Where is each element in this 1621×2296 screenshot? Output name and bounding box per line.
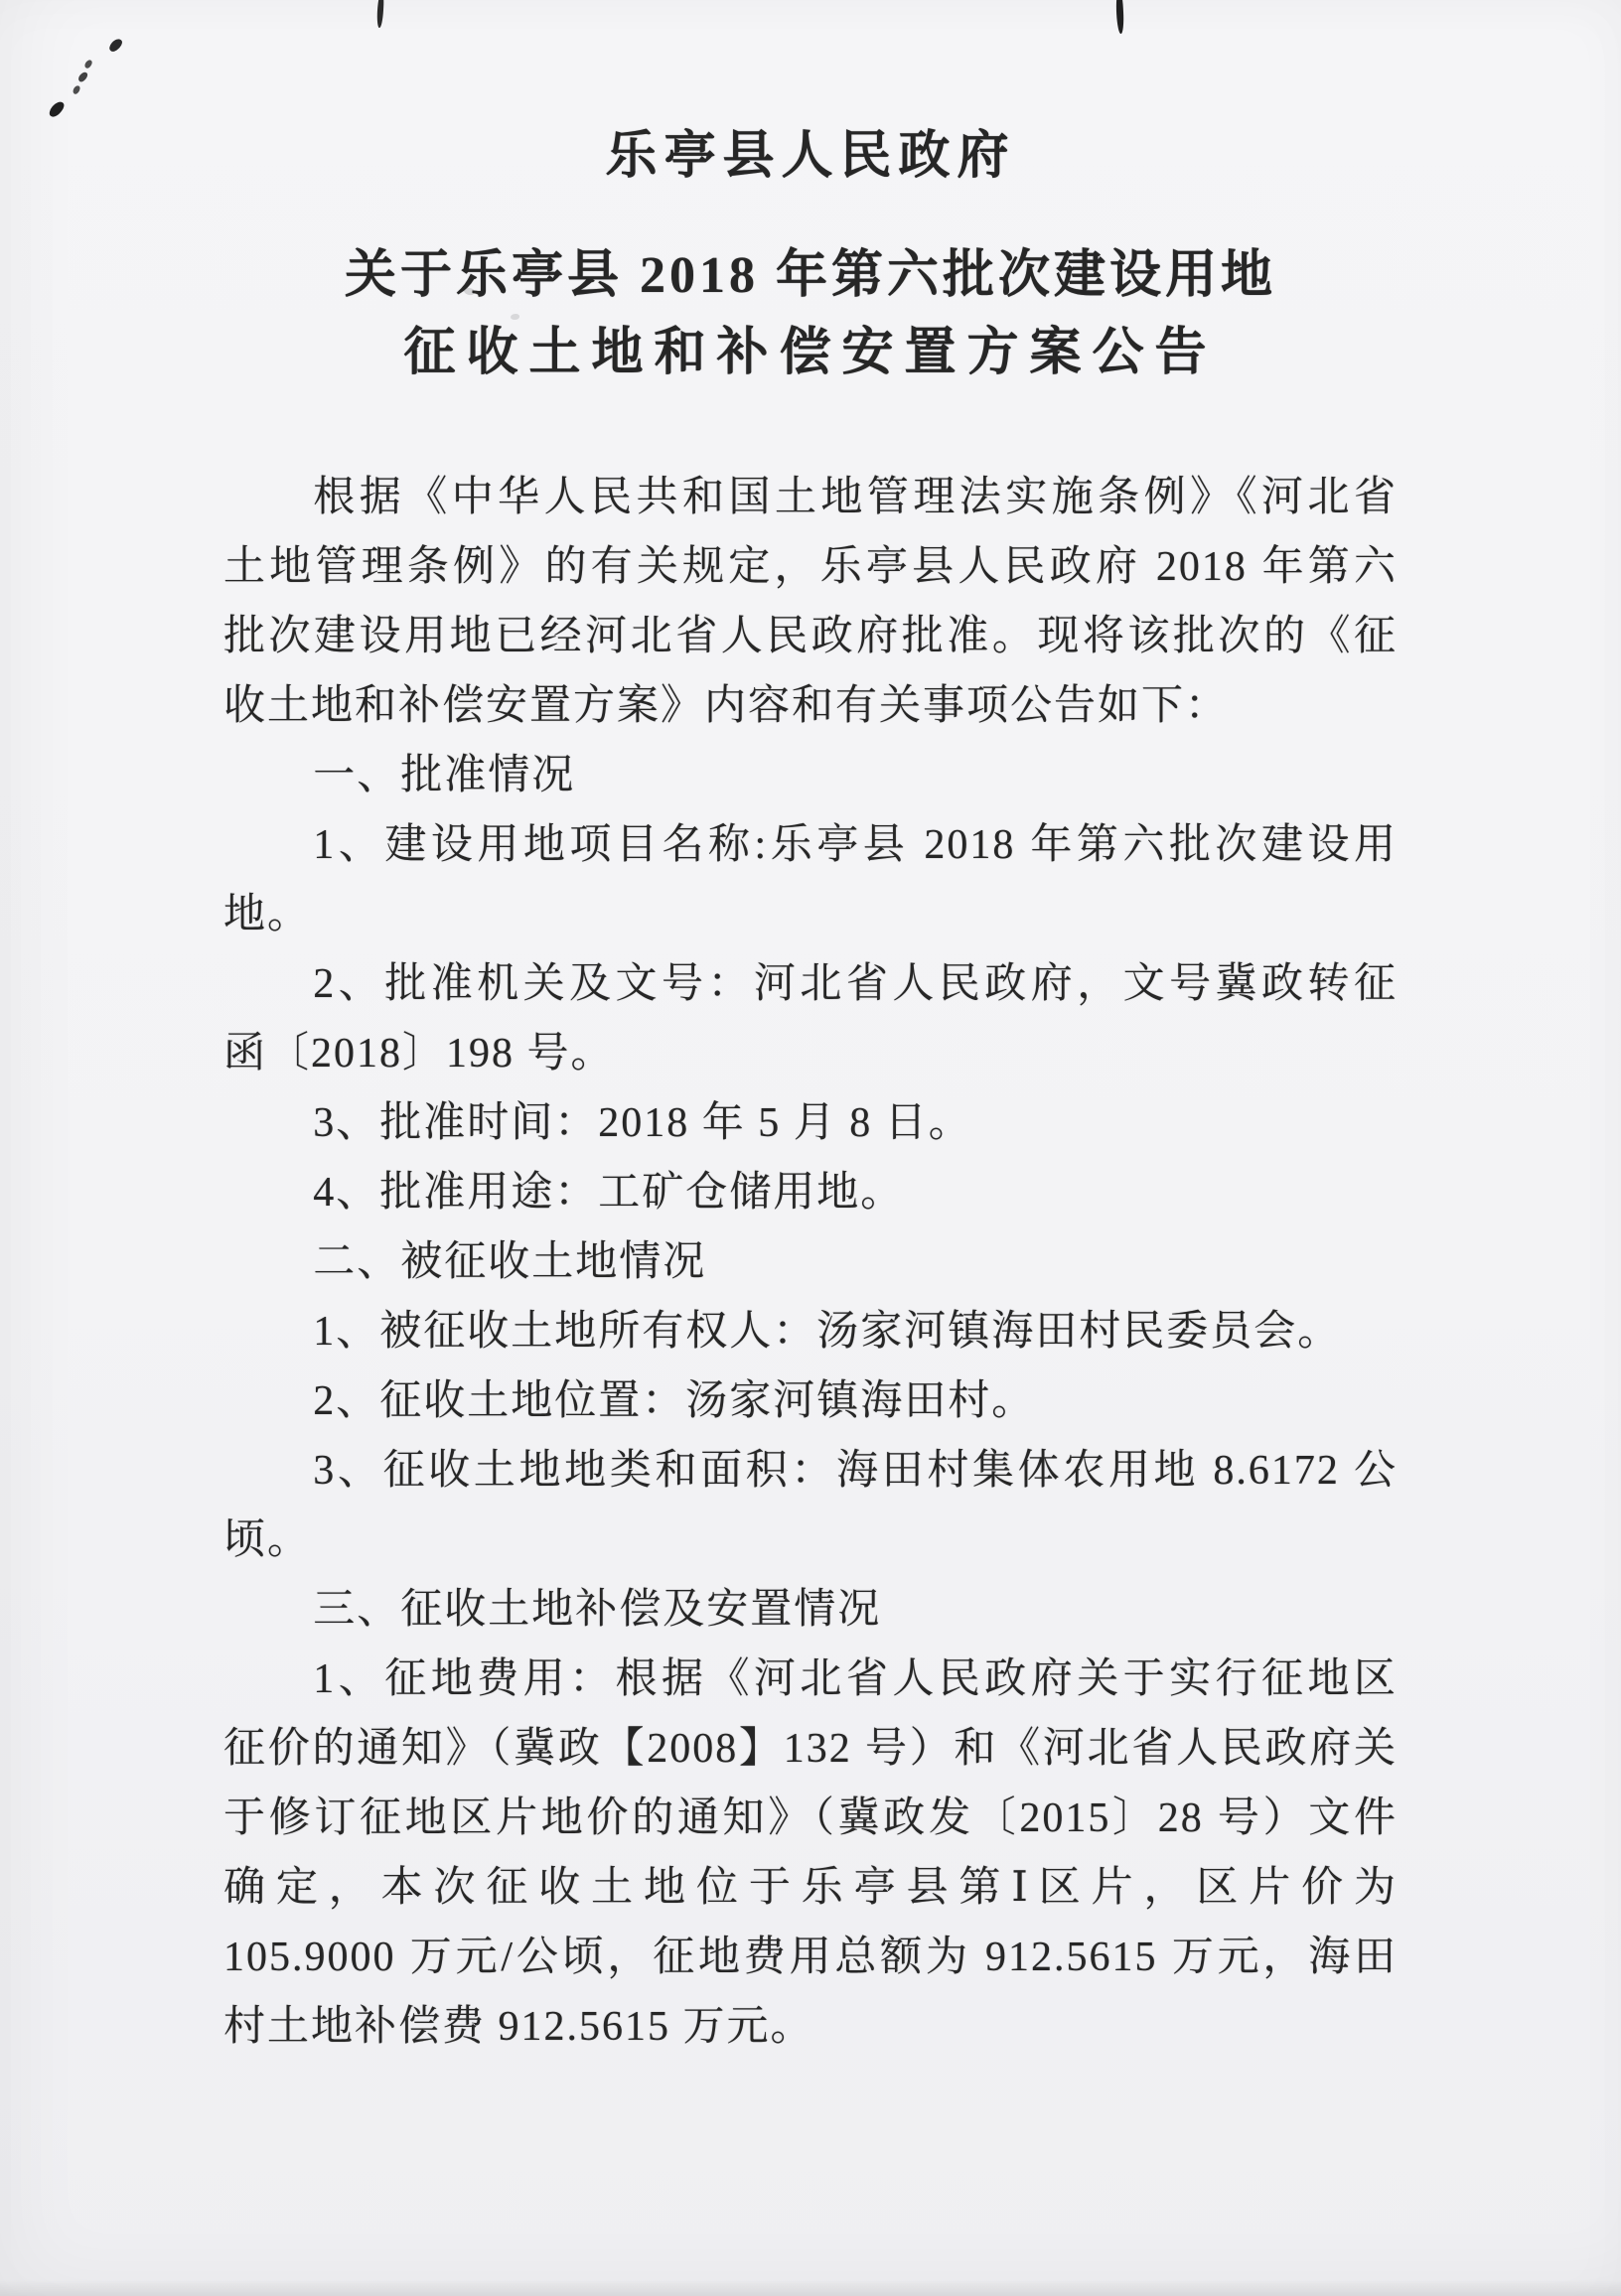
scanned-document-page: 乐亭县人民政府 关于乐亭县 2018 年第六批次建设用地 征收土地和补偿安置方案… (0, 0, 1621, 2296)
document-title-line-1: 乐亭县人民政府 (0, 125, 1621, 189)
body-line: 1、建设用地项目名称:乐亭县 2018 年第六批次建设用 (223, 810, 1398, 880)
body-line: 二、被征收土地情况 (223, 1227, 1398, 1297)
document-title-line-2: 关于乐亭县 2018 年第六批次建设用地 (0, 244, 1621, 308)
body-line: 3、征收土地地类和面积：海田村集体农用地 8.6172 公 (223, 1436, 1398, 1506)
body-line: 根据《中华人民共和国土地管理法实施条例》《河北省 (223, 463, 1398, 532)
body-line: 2、批准机关及文号：河北省人民政府，文号冀政转征 (223, 949, 1398, 1019)
body-line: 顷。 (223, 1506, 1398, 1575)
document-body: 根据《中华人民共和国土地管理法实施条例》《河北省土地管理条例》的有关规定，乐亭县… (223, 463, 1398, 2062)
corner-ink-dot (83, 59, 93, 70)
corner-ink-dot (107, 37, 124, 54)
body-line: 1、被征收土地所有权人：汤家河镇海田村民委员会。 (223, 1297, 1398, 1366)
body-line: 地。 (223, 880, 1398, 949)
body-line: 土地管理条例》的有关规定，乐亭县人民政府 2018 年第六 (223, 532, 1398, 602)
body-line: 三、征收土地补偿及安置情况 (223, 1575, 1398, 1645)
body-line: 函〔2018〕198 号。 (223, 1019, 1398, 1088)
body-line: 批次建设用地已经河北省人民政府批准。现将该批次的《征 (223, 602, 1398, 671)
document-title-line-3: 征收土地和补偿安置方案公告 (0, 322, 1621, 385)
body-line: 征价的通知》（冀政【2008】132 号）和《河北省人民政府关 (223, 1714, 1398, 1784)
body-line: 于修订征地区片地价的通知》（冀政发〔2015〕28 号）文件 (223, 1784, 1398, 1853)
body-line: 4、批准用途：工矿仓储用地。 (223, 1158, 1398, 1227)
faint-smudge (511, 314, 519, 320)
body-line: 105.9000 万元/公顷，征地费用总额为 912.5615 万元，海田 (223, 1923, 1398, 1992)
body-line: 一、批准情况 (223, 741, 1398, 810)
body-line: 1、征地费用：根据《河北省人民政府关于实行征地区 (223, 1645, 1398, 1714)
body-line: 3、批准时间：2018 年 5 月 8 日。 (223, 1088, 1398, 1158)
body-line: 2、征收土地位置：汤家河镇海田村。 (223, 1366, 1398, 1436)
top-edge-tick (376, 0, 384, 28)
top-edge-tick (1115, 0, 1124, 34)
corner-ink-dot (76, 71, 88, 83)
corner-ink-dot (72, 84, 80, 95)
body-line: 收土地和补偿安置方案》内容和有关事项公告如下： (223, 671, 1398, 741)
corner-ink-dot (47, 99, 66, 119)
body-line: 确定，本次征收土地位于乐亭县第Ⅰ区片，区片价为 (223, 1853, 1398, 1923)
body-line: 村土地补偿费 912.5615 万元。 (223, 1992, 1398, 2062)
